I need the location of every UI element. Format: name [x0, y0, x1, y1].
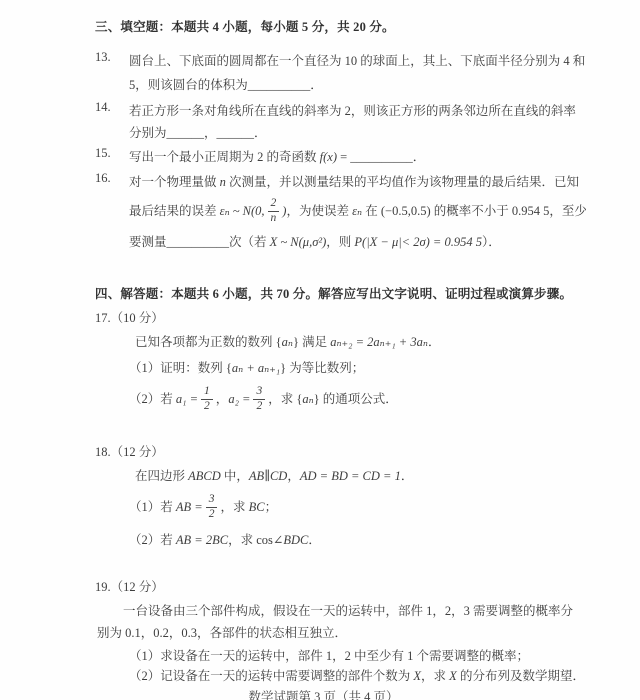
question-19-part-2: （2）记设备在一天的运转中需要调整的部件个数为 X，求 X 的分布列及数学期望． [129, 666, 552, 686]
text: ． [308, 533, 321, 547]
question-15: 15. 写出一个最小正周期为 2 的奇函数 f(x) = __________． [95, 146, 552, 168]
text: 分别为______，______． [129, 126, 267, 140]
text: （2）记设备在一天的运转中需要调整的部件个数为 [129, 669, 413, 683]
math-text: AB = 2BC [176, 533, 228, 547]
section-fill-in-header: 三、填空题：本题共 4 小题，每小题 5 分，共 20 分。 [95, 16, 552, 38]
text: 圆台上、下底面的圆周都在一个直径为 10 的球面上，其上、下底面半径分别为 4 … [129, 54, 585, 68]
fraction: 12 [201, 385, 213, 412]
fraction: 32 [206, 493, 218, 520]
math-text: εₙ [352, 204, 362, 218]
question-14: 14. 若正方形一条对角线所在直线的斜率为 2，则该正方形的两条邻边所在直线的斜… [95, 100, 552, 122]
question-16-line-2: 最后结果的误差 εₙ ~ N(0,2n)，为使误差 εₙ 在 (−0.5,0.5… [129, 193, 552, 229]
text: （2）若 [129, 392, 176, 406]
math-text: a₁ = [176, 392, 198, 406]
text: 已知各项都为正数的数列 { [135, 335, 282, 349]
question-13: 13. 圆台上、下底面的圆周都在一个直径为 10 的球面上，其上、下底面半径分别… [95, 50, 552, 72]
math-text: aₙ [302, 392, 313, 406]
math-text: AB∥CD [249, 469, 287, 483]
text: ． [428, 335, 441, 349]
math-text: X [449, 669, 457, 683]
fraction: 2n [268, 197, 280, 224]
question-17-part-2: （2）若 a₁ =12，a₂ =32，求 {aₙ} 的通项公式． [129, 381, 552, 417]
text: 若正方形一条对角线所在直线的斜率为 2，则该正方形的两条邻边所在直线的斜率 [129, 104, 576, 118]
question-16-number: 16. [95, 171, 129, 193]
question-19-body-2: 别为 0.1，0.2，0.3，各部件的状态相互独立． [97, 622, 552, 644]
question-13-number: 13. [95, 50, 129, 72]
math-text: X [413, 669, 421, 683]
question-18-part-1: （1）若 AB =32，求 BC； [129, 489, 552, 525]
math-text: aₙ + aₙ₊₁ [232, 361, 280, 375]
question-18-part-2: （2）若 AB = 2BC，求 cos∠BDC． [129, 529, 552, 551]
text: （1）若 [129, 500, 176, 514]
question-13-line-2: 5，则该圆台的体积为__________． [129, 74, 552, 96]
text: 别为 0.1，0.2，0.3，各部件的状态相互独立． [97, 626, 347, 640]
text: 一台设备由三个部件构成，假设在一天的运转中，部件 1，2，3 需要调整的概率分 [123, 604, 573, 618]
text: ； [265, 500, 278, 514]
question-19-part-1: （1）求设备在一天的运转中，部件 1，2 中至少有 1 个需要调整的概率； [129, 646, 552, 666]
question-14-number: 14. [95, 100, 129, 122]
question-19-number: 19.（12 分） [95, 576, 552, 598]
text: } 为等比数列； [280, 361, 364, 375]
math-text: AB = [176, 500, 203, 514]
question-15-line-1: 写出一个最小正周期为 2 的奇函数 f(x) = __________． [129, 146, 552, 168]
question-14-line-2: 分别为______，______． [129, 122, 552, 144]
math-text: ABCD [188, 469, 221, 483]
question-18-number: 18.（12 分） [95, 441, 552, 463]
text: 次测量，并以测量结果的平均值作为该物理量的最后结果．已知 [226, 175, 579, 189]
text: （2）若 [129, 533, 176, 547]
question-17-part-1: （1）证明：数列 {aₙ + aₙ₊₁} 为等比数列； [129, 357, 552, 379]
text: ， [216, 392, 229, 406]
text: ，则 [326, 235, 354, 249]
text: 中， [221, 469, 249, 483]
text: ，求 [421, 669, 449, 683]
text: } 满足 [293, 335, 330, 349]
question-16-line-3: 要测量__________次（若 X ~ N(μ,σ²)，则 P(|X − μ|… [129, 231, 552, 253]
question-15-number: 15. [95, 146, 129, 168]
text: = __________． [337, 150, 425, 164]
text: 在 (−0.5,0.5) 的概率不小于 0.954 5，至少 [362, 204, 587, 218]
question-17-number: 17.（10 分） [95, 307, 552, 329]
text: 要测量__________次（若 [129, 235, 270, 249]
text: ． [401, 469, 414, 483]
math-text: ~ N(0, [230, 204, 265, 218]
math-text: AD = BD = CD = 1 [300, 469, 401, 483]
math-text: P(|X − μ|< 2σ) = 0.954 5 [354, 235, 482, 249]
text: } 的通项公式． [314, 392, 398, 406]
text: ，求 cos [228, 533, 273, 547]
text: 写出一个最小正周期为 2 的奇函数 [129, 150, 320, 164]
section-answer-header: 四、解答题：本题共 6 小题，共 70 分。解答应写出文字说明、证明过程或演算步… [95, 283, 552, 305]
question-16-line-1: 对一个物理量做 n 次测量，并以测量结果的平均值作为该物理量的最后结果．已知 [129, 171, 579, 193]
question-16: 16. 对一个物理量做 n 次测量，并以测量结果的平均值作为该物理量的最后结果．… [95, 171, 552, 193]
text: 对一个物理量做 [129, 175, 220, 189]
math-text: X ~ N(μ,σ²) [270, 235, 327, 249]
text: （1）求设备在一天的运转中，部件 1，2 中至少有 1 个需要调整的概率； [129, 649, 529, 663]
math-text: BC [249, 500, 265, 514]
text: 5，则该圆台的体积为__________． [129, 78, 323, 92]
text: （1）证明：数列 { [129, 361, 232, 375]
exam-page: 三、填空题：本题共 4 小题，每小题 5 分，共 20 分。 13. 圆台上、下… [0, 0, 640, 700]
math-text: aₙ₊₂ = 2aₙ₊₁ + 3aₙ [330, 335, 428, 349]
fraction: 32 [253, 385, 265, 412]
math-text: aₙ [282, 335, 293, 349]
question-19-body-1: 一台设备由三个部件构成，假设在一天的运转中，部件 1，2，3 需要调整的概率分 [97, 600, 552, 622]
text: ，求 { [268, 392, 302, 406]
text: ，求 [220, 500, 248, 514]
text: 在四边形 [135, 469, 188, 483]
text: 的分布列及数学期望． [457, 669, 585, 683]
question-17-intro: 已知各项都为正数的数列 {aₙ} 满足 aₙ₊₂ = 2aₙ₊₁ + 3aₙ． [135, 331, 552, 353]
page-footer: 数学试题第 3 页（共 4 页） [95, 687, 552, 700]
question-18-intro: 在四边形 ABCD 中，AB∥CD，AD = BD = CD = 1． [135, 465, 552, 487]
question-14-line-1: 若正方形一条对角线所在直线的斜率为 2，则该正方形的两条邻边所在直线的斜率 [129, 100, 576, 122]
math-text: a₂ = [228, 392, 250, 406]
question-13-line-1: 圆台上、下底面的圆周都在一个直径为 10 的球面上，其上、下底面半径分别为 4 … [129, 50, 585, 72]
text: ，为使误差 [286, 204, 352, 218]
text: ， [287, 469, 300, 483]
text: ）． [482, 235, 501, 249]
text: 最后结果的误差 [129, 204, 220, 218]
math-text: ∠BDC [273, 533, 308, 547]
math-text: f(x) [320, 150, 337, 164]
